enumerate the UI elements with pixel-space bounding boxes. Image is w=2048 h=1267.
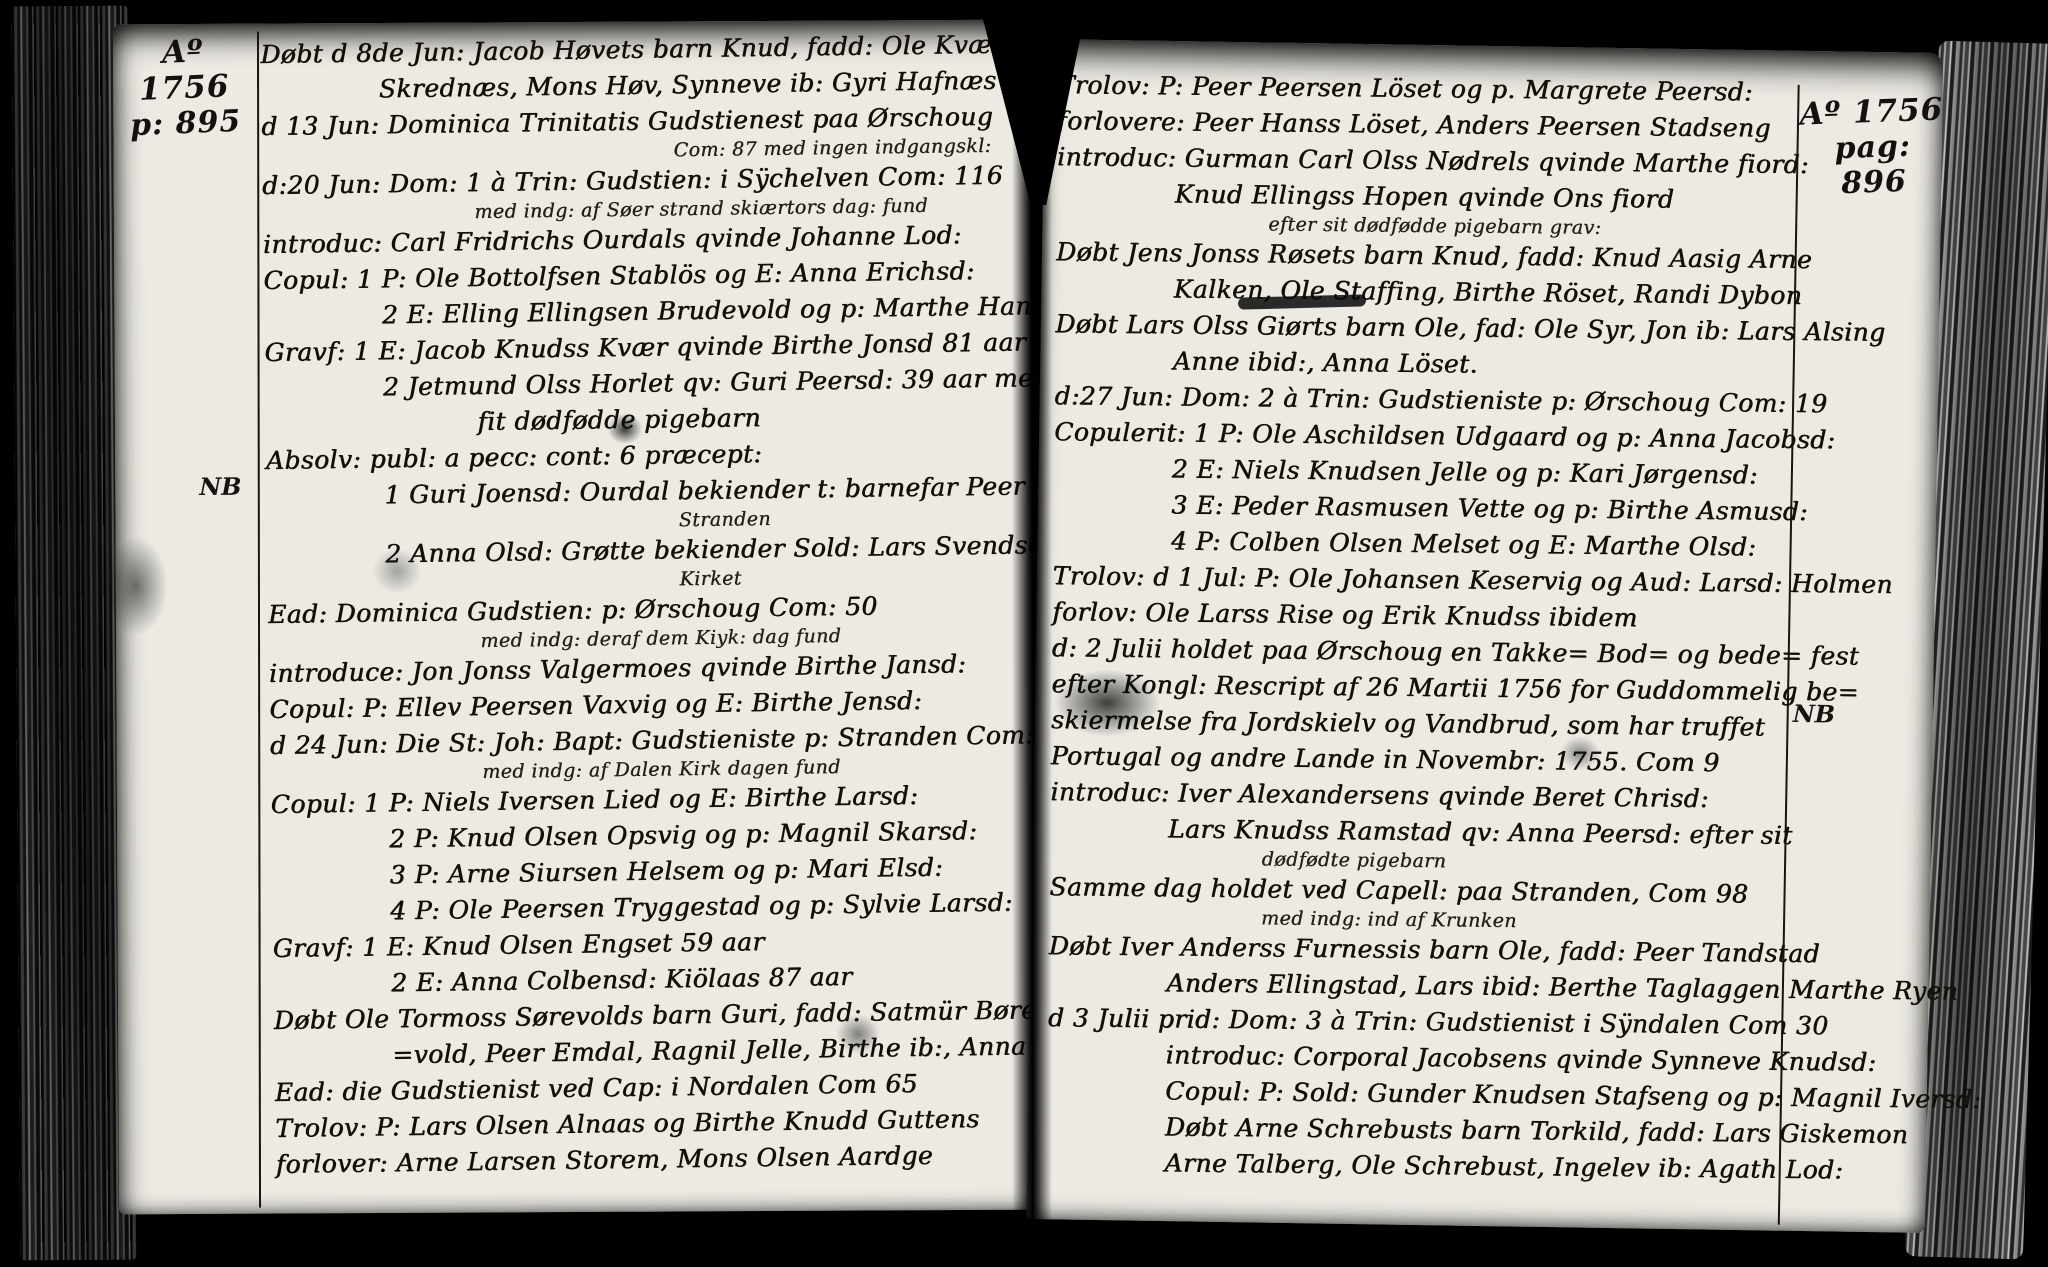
left-page-margin-rule <box>257 32 261 1208</box>
right-page-lines: Trolov: P: Peer Peersen Löset og p. Marg… <box>1046 67 1798 1188</box>
left-page-year: Aº 1756 <box>115 31 252 108</box>
left-margin-nb-note: NB <box>199 472 241 501</box>
left-page: Aº 1756 p: 895 NB Døbt d 8de Jun: Jacob … <box>113 20 1035 1215</box>
right-page-number: pag: 896 <box>1799 127 1947 202</box>
manuscript-line: Arne Talberg, Ole Schrebust, Ingelev ib:… <box>1046 1144 1786 1188</box>
right-page: Aº 1756 pag: 896 NB Trolov: P: Peer Peer… <box>1027 39 1943 1233</box>
scanned-parish-register-spread: Aº 1756 p: 895 NB Døbt d 8de Jun: Jacob … <box>0 0 2048 1267</box>
right-page-year: Aº 1756 <box>1798 91 1945 132</box>
left-page-number: p: 895 <box>118 103 253 143</box>
right-page-margin-header: Aº 1756 pag: 896 <box>1798 91 1948 202</box>
left-page-margin-header: Aº 1756 p: 895 <box>115 31 253 143</box>
left-page-lines: Døbt d 8de Jun: Jacob Høvets barn Knud, … <box>260 26 1046 1183</box>
